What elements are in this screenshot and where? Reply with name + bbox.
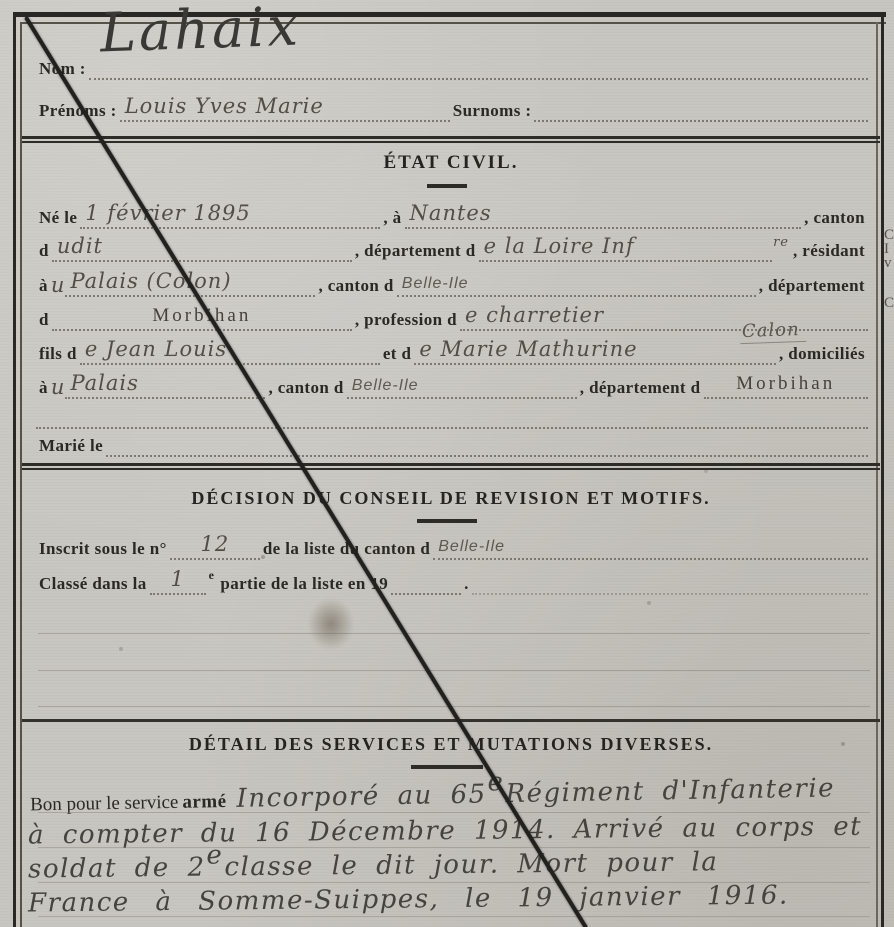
section-divider [22,463,880,470]
period-label: . [461,574,472,595]
profession-value: e charretier [460,303,868,331]
inscrit-label: Inscrit sous le n° [36,539,170,560]
trailing-dotted-line [472,591,868,595]
parents-departement-value: Morbihan [704,373,869,399]
ne-le-label: Né le [36,208,80,229]
profession-label: , profession d [352,310,460,331]
service-text: Incorporé au 65 [236,779,487,813]
marie-row: Marié le [36,427,868,457]
departement-label: , département [756,276,868,297]
ruled-line [38,916,870,917]
partie-label: partie de la liste en 19 [217,574,391,595]
ruled-line [38,633,870,634]
parents-residence-row: à u Palais , canton d Belle-Ile , départ… [36,369,868,399]
edge-fragment: v [884,256,894,270]
liste-canton-value: Belle-Ile [433,538,868,560]
parents-canton-value: Belle-Ile [347,377,577,399]
ruled-line [38,670,870,671]
frame-left-outer [13,12,16,927]
canton-label: , canton d [315,276,396,297]
inscrit-row: Inscrit sous le n° 12 de la liste du can… [36,530,868,560]
a-label: , à [380,208,404,229]
marie-le-label: Marié le [36,436,106,457]
birth-row: Né le 1 février 1895 , à Nantes , canton [36,199,868,229]
nom-value-handwritten: Lahaix [99,0,302,64]
a-label: à [36,276,51,297]
canton-label: , canton [801,208,868,229]
edge-fragment: C [884,228,894,242]
canton-label: , canton d [265,378,346,399]
service-text: France à Somme-Suippes, le 19 janvier 19… [28,881,789,919]
birth-date-value: 1 février 1895 [80,201,380,229]
paper-specks [0,0,2,2]
birth-place-value: Nantes [405,201,802,229]
canton-value: udit [52,234,352,262]
departement-value: e la Loire Inf [479,234,772,262]
list-number-value: 12 [170,532,260,560]
edge-fragment: I [884,242,894,256]
bon-pour-le-service-label: Bon pour le service [28,792,181,818]
military-register-scan: Lahaix Nom : Prénoms : Louis Yves Marie … [0,0,894,927]
section-divider [22,136,880,143]
etat-civil-title: ÉTAT CIVIL. [22,152,880,174]
residant-label: , résidant [790,241,868,262]
domicilies-label: , domiciliés [776,344,868,365]
decision-title: DÉCISION DU CONSEIL DE REVISION ET MOTIF… [22,488,880,509]
blank-dotted-row [36,399,868,429]
title-underline-rule [427,184,467,188]
service-text-superscript: e [205,840,224,870]
d-label: d [36,310,52,331]
classe-label: Classé dans la [36,574,150,595]
residence-row: à u Palais (Colon) , canton d Belle-Ile … [36,267,868,297]
edge-fragment: C [884,296,894,310]
marie-dotted-line [106,453,868,457]
classe-row: Classé dans la 1 e partie de la liste en… [36,565,868,595]
partie-superscript-e: e [206,568,218,584]
service-text: soldat de 2 [28,853,206,885]
service-text: Régiment d'Infanterie [505,773,835,809]
services-title: DÉTAIL DES SERVICES ET MUTATIONS DIVERSE… [22,734,880,755]
mother-surname-superscript: Calon [740,319,806,344]
year-dotted-line [391,591,461,595]
d-label: d [36,241,52,262]
nom-dotted-line [89,76,868,80]
section-divider-thick [22,719,880,722]
parents-residence-value: Palais [65,371,265,399]
au-handwritten-u: u [51,273,66,297]
mother-name-value: e Marie Mathurine [414,337,776,365]
ink-stain [308,598,354,650]
partie-number-value: 1 [150,567,206,595]
ruled-line [38,706,870,707]
et-de-label: et d [380,344,415,365]
title-underline-rule [417,519,477,523]
departement-label: , département d [352,241,479,262]
surnoms-label: Surnoms : [450,101,535,122]
departement-label: , département d [577,378,704,399]
adjacent-page-edge: C I v C [884,228,894,310]
a-label: à [36,378,51,399]
fils-de-label: fils d [36,344,80,365]
au-handwritten-u: u [51,375,66,399]
residence-canton-value: Belle-Ile [397,275,756,297]
surnoms-dotted-line [534,118,868,122]
prenoms-value: Louis Yves Marie [120,94,450,122]
prenoms-row: Prénoms : Louis Yves Marie Surnoms : [36,92,868,122]
residence-departement-value: Morbihan [52,305,352,331]
title-underline-rule [411,765,483,769]
departement-value-superscript: re [772,235,790,250]
